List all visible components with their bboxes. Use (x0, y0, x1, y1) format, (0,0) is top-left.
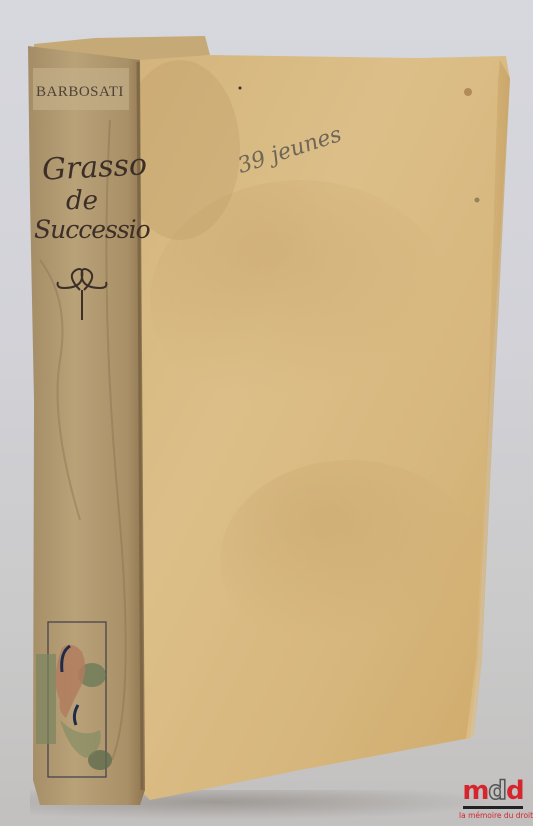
spine-author-label: BARBOSATI (36, 84, 124, 101)
logo-underline (463, 806, 523, 809)
spine-title-line: Successio (34, 215, 150, 244)
logo-tagline: la mémoire du droit (459, 811, 527, 820)
watermark-logo: mdd la mémoire du droit (459, 778, 527, 820)
book-photo: BARBOSATI Grasso de Successio 39 jeunes … (0, 0, 533, 826)
spine-title-line: Grasso (41, 147, 148, 187)
book-illustration (0, 0, 533, 826)
spine-title-line: de (66, 186, 98, 216)
logo-mark: mdd (459, 778, 527, 804)
